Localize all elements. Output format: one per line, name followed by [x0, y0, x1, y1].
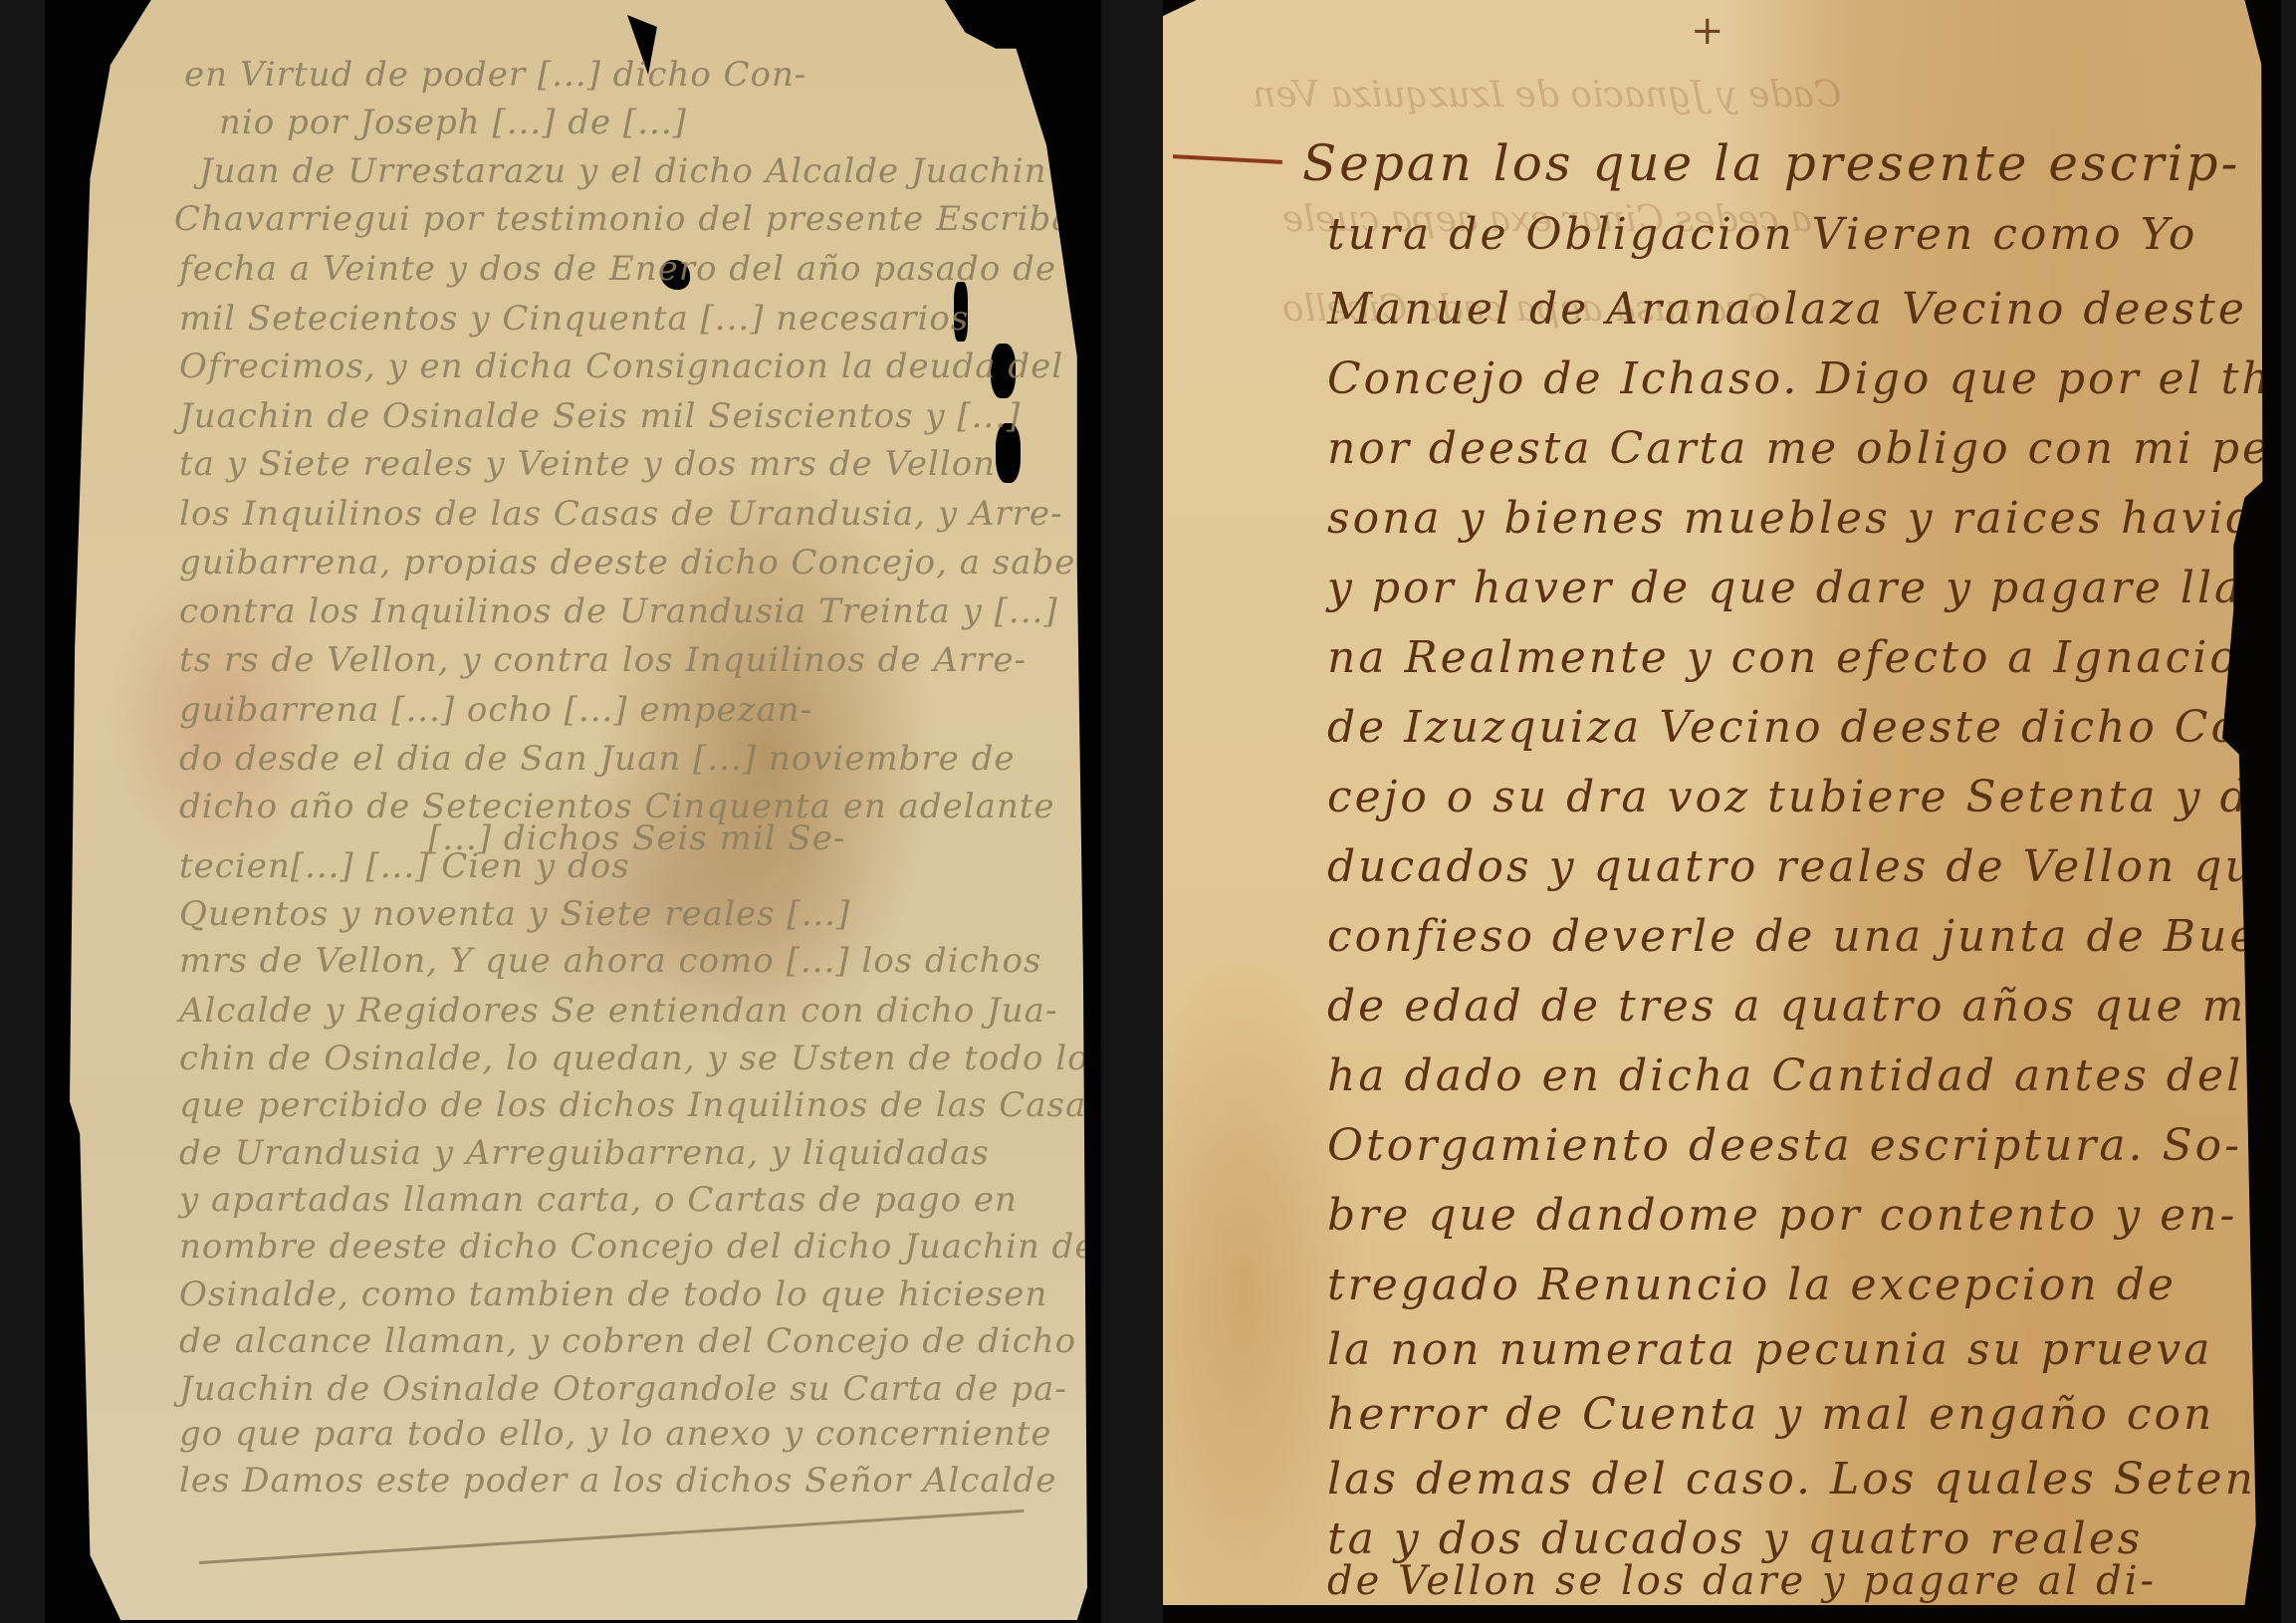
text-line-heading: Sepan los que la presente escrip-	[1302, 134, 2240, 192]
text-line: Juan de Urrestarazu y el dicho Alcalde J…	[199, 151, 1047, 191]
bleed-through-text: Cade y Jgnacio de Izuzquiza Ven	[1253, 75, 1841, 116]
closing-flourish-line	[199, 1509, 1025, 1564]
text-line: herror de Cuenta y mal engaño con	[1327, 1389, 2214, 1440]
right-manuscript-page: Cade y Jgnacio de Izuzquiza Ven a cedes …	[1163, 0, 2278, 1605]
text-line: fecha a Veinte y dos de Enero del año pa…	[179, 249, 1056, 289]
text-line: ducados y quatro reales de Vellon que	[1327, 841, 2281, 892]
text-line: Juachin de Osinalde Seis mil Seiscientos…	[179, 396, 1021, 436]
text-line: ta y dos ducados y quatro reales	[1327, 1513, 2143, 1564]
text-line: los Inquilinos de las Casas de Urandusia…	[179, 494, 1063, 534]
text-line: go que para todo ello, y lo anexo y conc…	[179, 1414, 1051, 1454]
text-line: guibarrena [...] ocho [...] empezan-	[179, 690, 812, 730]
text-line: de edad de tres a quatro años que me	[1327, 981, 2275, 1032]
text-line: na Realmente y con efecto a Ignacio	[1327, 632, 2239, 683]
text-line: Manuel de Aranaolaza Vecino deeste	[1327, 284, 2247, 335]
margin-mark	[1173, 154, 1282, 164]
text-line: Otorgamiento deesta escriptura. So-	[1327, 1120, 2242, 1171]
text-line: tregado Renuncio la excepcion de	[1327, 1260, 2177, 1310]
text-line: Juachin de Osinalde Otorgandole su Carta…	[179, 1369, 1067, 1409]
text-line: confieso deverle de una junta de Bueies	[1327, 911, 2281, 962]
text-line: de Urandusia y Arreguibarrena, y liquida…	[179, 1133, 990, 1173]
text-line: las demas del caso. Los quales Seten-	[1327, 1454, 2274, 1505]
text-line: de Izuzquiza Vecino deeste dicho Con-	[1327, 702, 2281, 753]
text-line: de Vellon se los dare y pagare al di-	[1327, 1558, 2157, 1604]
text-line: ts rs de Vellon, y contra los Inquilinos…	[179, 640, 1027, 680]
text-line: que percibido de los dichos Inquilinos d…	[179, 1085, 1101, 1125]
text-line: Ofrecimos, y en dicha Consignacion la de…	[179, 347, 1063, 386]
text-line: Quentos y noventa y Siete reales [...]	[179, 894, 850, 934]
left-manuscript-page: en Virtud de poder [...] dicho Con- nio …	[70, 0, 1087, 1620]
left-page-photo: en Virtud de poder [...] dicho Con- nio …	[45, 0, 1101, 1623]
text-line: de alcance llaman, y cobren del Concejo …	[179, 1321, 1076, 1361]
text-line: en Virtud de poder [...] dicho Con-	[184, 55, 806, 95]
text-line: sona y bienes muebles y raices havidos	[1327, 493, 2281, 544]
text-line: la non numerata pecunia su prueva	[1327, 1324, 2212, 1375]
text-line: ha dado en dicha Cantidad antes del	[1327, 1050, 2243, 1101]
text-line: y por haver de que dare y pagare lla-	[1327, 563, 2261, 613]
text-line: contra los Inquilinos de Urandusia Trein…	[179, 591, 1058, 631]
text-line: Chavarriegui por testimonio del presente…	[174, 199, 1101, 239]
text-line: Osinalde, como tambien de todo lo que hi…	[179, 1275, 1047, 1314]
text-line: bre que dandome por contento y en-	[1327, 1190, 2237, 1241]
text-line: y apartadas llaman carta, o Cartas de pa…	[179, 1180, 1018, 1220]
right-page-photo: Cade y Jgnacio de Izuzquiza Ven a cedes …	[1163, 0, 2281, 1623]
text-line: tura de Obligacion Vieren como Yo	[1327, 209, 2197, 260]
text-line: cejo o su dra voz tubiere Setenta y dos	[1327, 772, 2281, 822]
text-line: nor deesta Carta me obligo con mi per-	[1327, 423, 2281, 474]
text-line: chin de Osinalde, lo quedan, y se Usten …	[179, 1039, 1089, 1078]
text-line: nombre deeste dicho Concejo del dicho Ju…	[179, 1227, 1095, 1267]
cross-mark: +	[1691, 8, 1724, 54]
text-line: tecien[...] [...] Cien y dos	[179, 846, 630, 886]
text-line: Concejo de Ichaso. Digo que por el the	[1327, 353, 2281, 404]
text-line: les Damos este poder a los dichos Señor …	[179, 1461, 1056, 1501]
text-line: do desde el dia de San Juan [...] noviem…	[179, 739, 1015, 779]
text-line: ta y Siete reales y Veinte y dos mrs de …	[179, 444, 996, 484]
text-line: mrs de Vellon, Y que ahora como [...] lo…	[179, 941, 1041, 981]
text-line: guibarrena, propias deeste dicho Concejo…	[179, 543, 1093, 582]
text-line: nio por Joseph [...] de [...]	[219, 103, 687, 142]
text-line: Alcalde y Regidores Se entiendan con dic…	[179, 991, 1057, 1031]
text-line: mil Setecientos y Cinquenta [...] necesa…	[179, 299, 969, 339]
